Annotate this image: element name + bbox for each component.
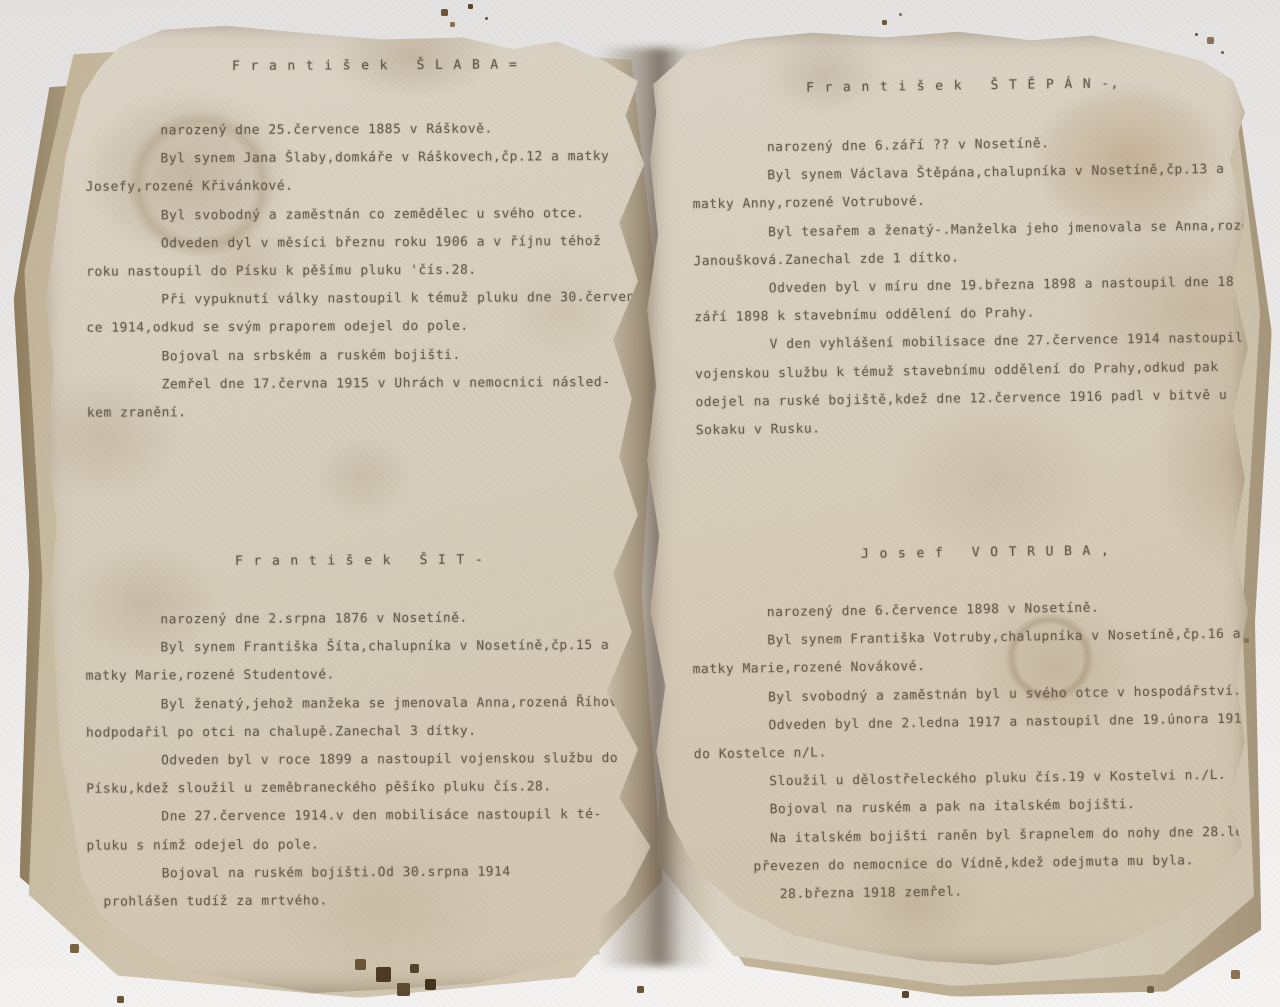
typed-line: Byl synem Františka Šíta,chalupníka v No… — [85, 632, 663, 663]
typed-line: Bojoval na srbském a ruském bojišti. — [86, 340, 664, 371]
document-photo: F r a n t i š e k Š L A B A = narozený d… — [0, 0, 1280, 1007]
typed-line: Odveden dyl v měsíci březnu roku 1906 a … — [86, 228, 664, 259]
typed-line: ce 1914,odkud se svým praporem odejel do… — [86, 312, 664, 343]
typed-line: Při vypuknutí války nastoupil k témuž pl… — [86, 284, 664, 315]
right-page: F r a n t i š e k Š T Ě P Á N -, narozen… — [641, 28, 1251, 968]
typed-line: Byl ženatý,jehož manžeka se jmenovala An… — [86, 688, 664, 719]
typed-line: kem zranění. — [87, 397, 665, 428]
record-title: F r a n t i š e k Š I T - — [235, 552, 663, 574]
typed-line: roku nastoupil do Písku k pěšímu pluku '… — [86, 256, 664, 287]
record-body: narozený dne 6.září ?? v Nosetíně.Byl sy… — [642, 127, 1256, 446]
record-body: narozený dne 2.srpna 1876 v Nosetíně.Byl… — [38, 604, 665, 918]
typed-line: Bojoval na ruském bojišti.Od 30.srpna 19… — [87, 858, 665, 889]
typed-line: Byl synem Jana Šlaby,domkáře v Ráškovech… — [85, 143, 663, 174]
typed-line: narozený dne 2.srpna 1876 v Nosetíně. — [85, 604, 663, 635]
typed-line: Dne 27.července 1914.v den mobilisáce na… — [86, 801, 664, 832]
record-stepan: F r a n t i š e k Š T Ě P Á N -, narozen… — [641, 74, 1256, 446]
typed-line: a prohlášen tudíž za mrtvého. — [87, 886, 665, 917]
record-title: J o s e f V O T R U B A , — [861, 541, 1251, 566]
typed-line: Odveden byl v roce 1899 a nastoupil voje… — [86, 745, 664, 776]
record-sit: F r a n t i š e k Š I T - narozený dne 2… — [38, 552, 665, 918]
typed-line: Josefy,rozené Křivánkové. — [86, 171, 664, 202]
typed-line: narozený dne 25.července 1885 v Ráškově. — [85, 115, 663, 146]
typed-line: matky Marie,rozené Studentové. — [86, 660, 664, 691]
debris-specks — [0, 0, 1, 1]
typed-line: Byl svobodný a zaměstnán co zemědělec u … — [86, 199, 664, 230]
left-page: F r a n t i š e k Š L A B A = narozený d… — [38, 18, 663, 993]
record-slaba: F r a n t i š e k Š L A B A = narozený d… — [38, 57, 665, 429]
record-title: F r a n t i š e k Š L A B A = — [232, 57, 663, 79]
record-title: F r a n t i š e k Š T Ě P Á N -, — [806, 74, 1251, 100]
typed-line: pluku s nímž odejel do pole. — [86, 829, 664, 860]
record-body: narozený dne 6.července 1898 v Nosetíně.… — [642, 592, 1256, 911]
record-votruba: J o s e f V O T R U B A , narozený dne 6… — [641, 541, 1256, 911]
record-body: narozený dne 25.července 1885 v Ráškově.… — [38, 115, 665, 429]
typed-line: Písku,kdež sloužil u zeměbraneckého pěší… — [86, 773, 664, 804]
typed-line: Zemřel dne 17.června 1915 v Uhrách v nem… — [87, 369, 665, 400]
typed-line: hodpodařil po otci na chalupě.Zanechal 3… — [86, 717, 664, 748]
